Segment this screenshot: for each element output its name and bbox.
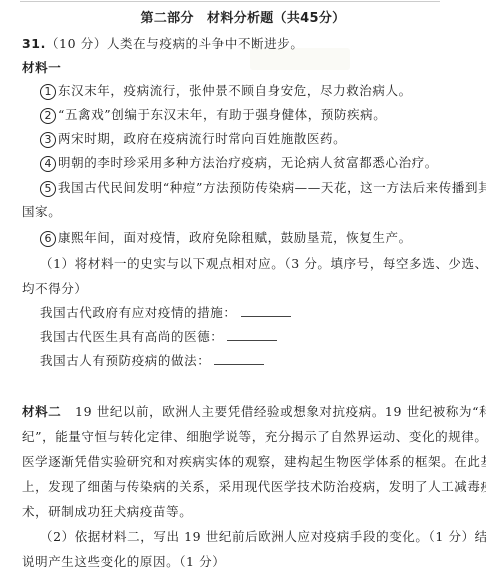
item-text: 康熙年间，面对疫情，政府免除租赋，鼓励垦荒，恢复生产。 [58, 230, 412, 245]
blank-label: 我国古人有预防疫病的做法： [40, 353, 210, 368]
material-one-item-5-cont: 国家。 [22, 202, 61, 220]
item-text: “五禽戏”创编于东汉末年，有助于强身健体，预防疾病。 [58, 107, 386, 122]
material-one-item-1: 1东汉末年，疫病流行，张仲景不顾自身安危，尽力救治病人。 [40, 81, 412, 100]
question-stem: 人类在与疫病的斗争中不断进步。 [107, 36, 304, 51]
material-two-line-1: 材料二 19 世纪以前，欧洲人主要凭借经验或想象对抗疫病。19 世纪被称为“科学… [22, 402, 486, 420]
blank-row-prevention: 我国古人有预防疫病的做法： [40, 351, 264, 369]
circled-number: 1 [40, 84, 56, 100]
material-two-line-3: 医学逐渐凭借实验研究和对疾病实体的观察，建构起生物医学体系的框架。在此基础 [22, 452, 486, 470]
sub-question-2-line1: （2）依据材料二，写出 19 世纪前后欧洲人应对疫病手段的变化。（1 分）结合所… [40, 527, 486, 545]
answer-blank[interactable] [227, 330, 277, 341]
circled-number: 5 [40, 181, 56, 197]
question-31: 31.（10 分）人类在与疫病的斗争中不断进步。 [22, 34, 303, 52]
answer-blank[interactable] [241, 306, 291, 317]
material-one-label: 材料一 [22, 58, 61, 76]
blank-row-government: 我国古代政府有应对疫情的措施： [40, 303, 291, 321]
sub-question-1-line1: （1）将材料一的史实与以下观点相对应。（3 分。填序号，每空多选、少选、错选 [40, 254, 486, 272]
blank-label: 我国古代医生具有高尚的医德： [40, 329, 223, 344]
circled-number: 6 [40, 231, 56, 247]
material-two-text: 19 世纪以前，欧洲人主要凭借经验或想象对抗疫病。19 世纪被称为“科学世 [75, 404, 486, 419]
question-number: 31. [22, 36, 46, 51]
item-text: 明朝的李时珍采用多种方法治疗疫病，无论病人贫富都悉心治疗。 [58, 155, 438, 170]
material-two-label: 材料二 [22, 404, 61, 419]
blank-label: 我国古代政府有应对疫情的措施： [40, 305, 237, 320]
material-one-item-2: 2“五禽戏”创编于东汉末年，有助于强身健体，预防疾病。 [40, 105, 386, 124]
section-title: 第二部分 材料分析题（共45分） [0, 7, 486, 26]
item-text: 东汉末年，疫病流行，张仲景不顾自身安危，尽力救治病人。 [58, 83, 412, 98]
item-text: 我国古代民间发明“种痘”方法预防传染病——天花，这一方法后来传播到其他 [58, 180, 486, 195]
material-one-item-4: 4明朝的李时珍采用多种方法治疗疫病，无论病人贫富都悉心治疗。 [40, 153, 438, 172]
answer-blank[interactable] [214, 354, 264, 365]
material-two-line-5: 术，研制成功狂犬病疫苗等。 [22, 502, 192, 520]
sub-question-2-line2: 说明产生这些变化的原因。（1 分） [22, 552, 225, 570]
item-text: 两宋时期，政府在疫病流行时常向百姓施散医药。 [58, 131, 346, 146]
material-one-item-6: 6康熙年间，面对疫情，政府免除租赋，鼓励垦荒，恢复生产。 [40, 228, 412, 247]
circled-number: 3 [40, 132, 56, 148]
circled-number: 2 [40, 108, 56, 124]
material-two-line-4: 上，发现了细菌与传染病的关系，采用现代医学技术防治疫病，发明了人工减毒疫苗技 [22, 477, 486, 495]
top-border [20, 1, 440, 2]
blank-row-doctor: 我国古代医生具有高尚的医德： [40, 327, 277, 345]
question-score: （10 分） [46, 36, 107, 51]
sub-question-1-line2: 均不得分） [22, 279, 88, 297]
material-one-item-5: 5我国古代民间发明“种痘”方法预防传染病——天花，这一方法后来传播到其他 [40, 178, 486, 197]
circled-number: 4 [40, 156, 56, 172]
material-two-line-2: 纪”，能量守恒与转化定律、细胞学说等，充分揭示了自然界运动、变化的规律。西方 [22, 427, 486, 445]
material-one-item-3: 3两宋时期，政府在疫病流行时常向百姓施散医药。 [40, 129, 346, 148]
